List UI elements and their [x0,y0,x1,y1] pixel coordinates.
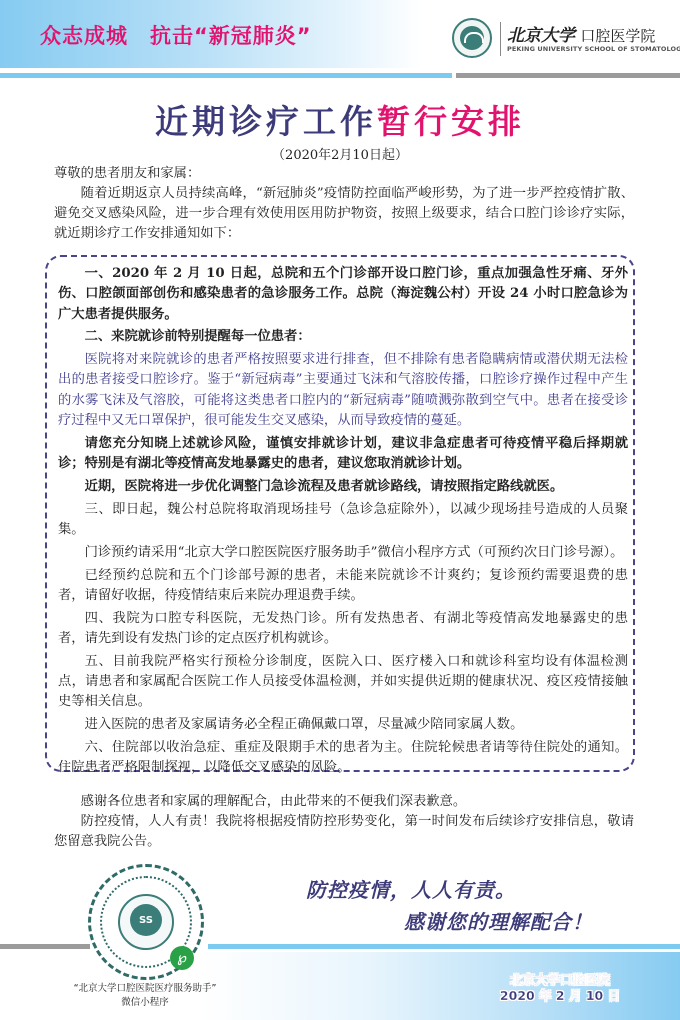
closing: 感谢各位患者和家属的理解配合，由此带来的不便我们深表歉意。 防控疫情，人人有责！… [54,792,634,852]
closing-announcement: 防控疫情，人人有责！我院将根据疫情防控形势变化，第一时间发布后续诊疗安排信息，敬… [54,812,634,852]
logo-calligraphy: 北京大学 [507,26,575,46]
footer-rule-gray [0,944,90,949]
slogan-part1: 众志成城 [40,24,128,48]
notice-advice: 请您充分知晓上述就诊风险，谨慎安排就诊计划，建议非急症患者可待疫情平稳后择期就诊… [58,434,628,475]
signature-date: 2020 年 2 月 10 日 [480,988,640,1004]
notice-risk-warning: 医院将对来院就诊的患者严格按照要求进行排查，但不排除有患者隐瞒病情或潜伏期无法检… [58,350,628,431]
notice-masks: 进入医院的患者及家属请务必全程正确佩戴口罩，尽量减少陪同家属人数。 [58,715,628,735]
signature-org: 北京大学口腔医院 [480,972,640,988]
school-logo: 北京大学 口腔医学院 PEKING UNIVERSITY SCHOOL OF S… [452,18,672,60]
logo-divider [500,22,501,56]
closing-thanks: 感谢各位患者和家属的理解配合，由此带来的不便我们深表歉意。 [54,792,634,812]
header-rule-gray [456,73,680,78]
qr-caption: “北京大学口腔医院医疗服务助手” 微信小程序 [30,982,260,1010]
peking-university-emblem-icon [452,18,492,58]
logo-chinese-name: 北京大学 口腔医学院 [507,21,655,46]
qr-caption-type: 微信小程序 [30,996,260,1010]
logo-suffix: 口腔医学院 [580,27,655,45]
qr-caption-name: “北京大学口腔医院医疗服务助手” [30,982,260,996]
notice-route: 近期，医院将进一步优化调整门急诊流程及患者就诊路线，请按照指定路线就医。 [58,477,628,497]
greeting: 尊敬的患者朋友和家属： [54,164,200,184]
notice-content: 一、2020 年 2 月 10 日起，总院和五个门诊部开设口腔门诊，重点加强急性… [58,264,628,781]
page-title: 近期诊疗工作暂行安排 [0,96,680,143]
title-part1: 近期诊疗工作 [155,102,377,141]
slogan: 众志成城抗击“新冠肺炎” [40,20,312,50]
notice-item-3: 三、即日起，魏公村总院将取消现场挂号（急诊急症除外），以减少现场挂号造成的人员聚… [58,500,628,541]
logo-english-name: PEKING UNIVERSITY SCHOOL OF STOMATOLOGY [507,45,680,53]
wechat-mini-program-qr-code-icon[interactable]: ℘ [88,864,204,980]
motto-line-1: 防控疫情，人人有责。 [306,874,516,903]
title-part2: 暂行安排 [377,102,525,141]
qr-emblem-icon [118,894,174,950]
notice-item-2-heading: 二、来院就诊前特别提醒每一位患者： [58,327,628,347]
mini-program-icon: ℘ [170,946,194,970]
slogan-part2: 抗击“新冠肺炎” [150,24,312,48]
notice-refund: 已经预约总院和五个门诊部号源的患者，未能来院就诊不计爽约；复诊预约需要退费的患者… [58,566,628,607]
signature: 北京大学口腔医院 2020 年 2 月 10 日 [480,972,640,1004]
notice-item-5: 五、目前我院严格实行预检分诊制度，医院入口、医疗楼入口和就诊科室均设有体温检测点… [58,652,628,713]
notice-item-4: 四、我院为口腔专科医院，无发热门诊。所有发热患者、有湖北等疫情高发地暴露史的患者… [58,609,628,650]
header-rule-blue [0,73,452,78]
footer-rule-blue [208,944,680,949]
notice-item-1: 一、2020 年 2 月 10 日起，总院和五个门诊部开设口腔门诊，重点加强急性… [58,264,628,325]
notice-appointment: 门诊预约请采用“北京大学口腔医院医疗服务助手”微信小程序方式（可预约次日门诊号源… [58,543,628,563]
intro-paragraph: 随着近期返京人员持续高峰，“新冠肺炎”疫情防控面临严峻形势，为了进一步严控疫情扩… [54,184,634,244]
effective-date: （2020年2月10日起） [0,144,680,163]
motto-line-2: 感谢您的理解配合！ [404,906,593,935]
notice-item-6: 六、住院部以收治急症、重症及限期手术的患者为主。住院轮候患者请等待住院处的通知。… [58,738,628,779]
